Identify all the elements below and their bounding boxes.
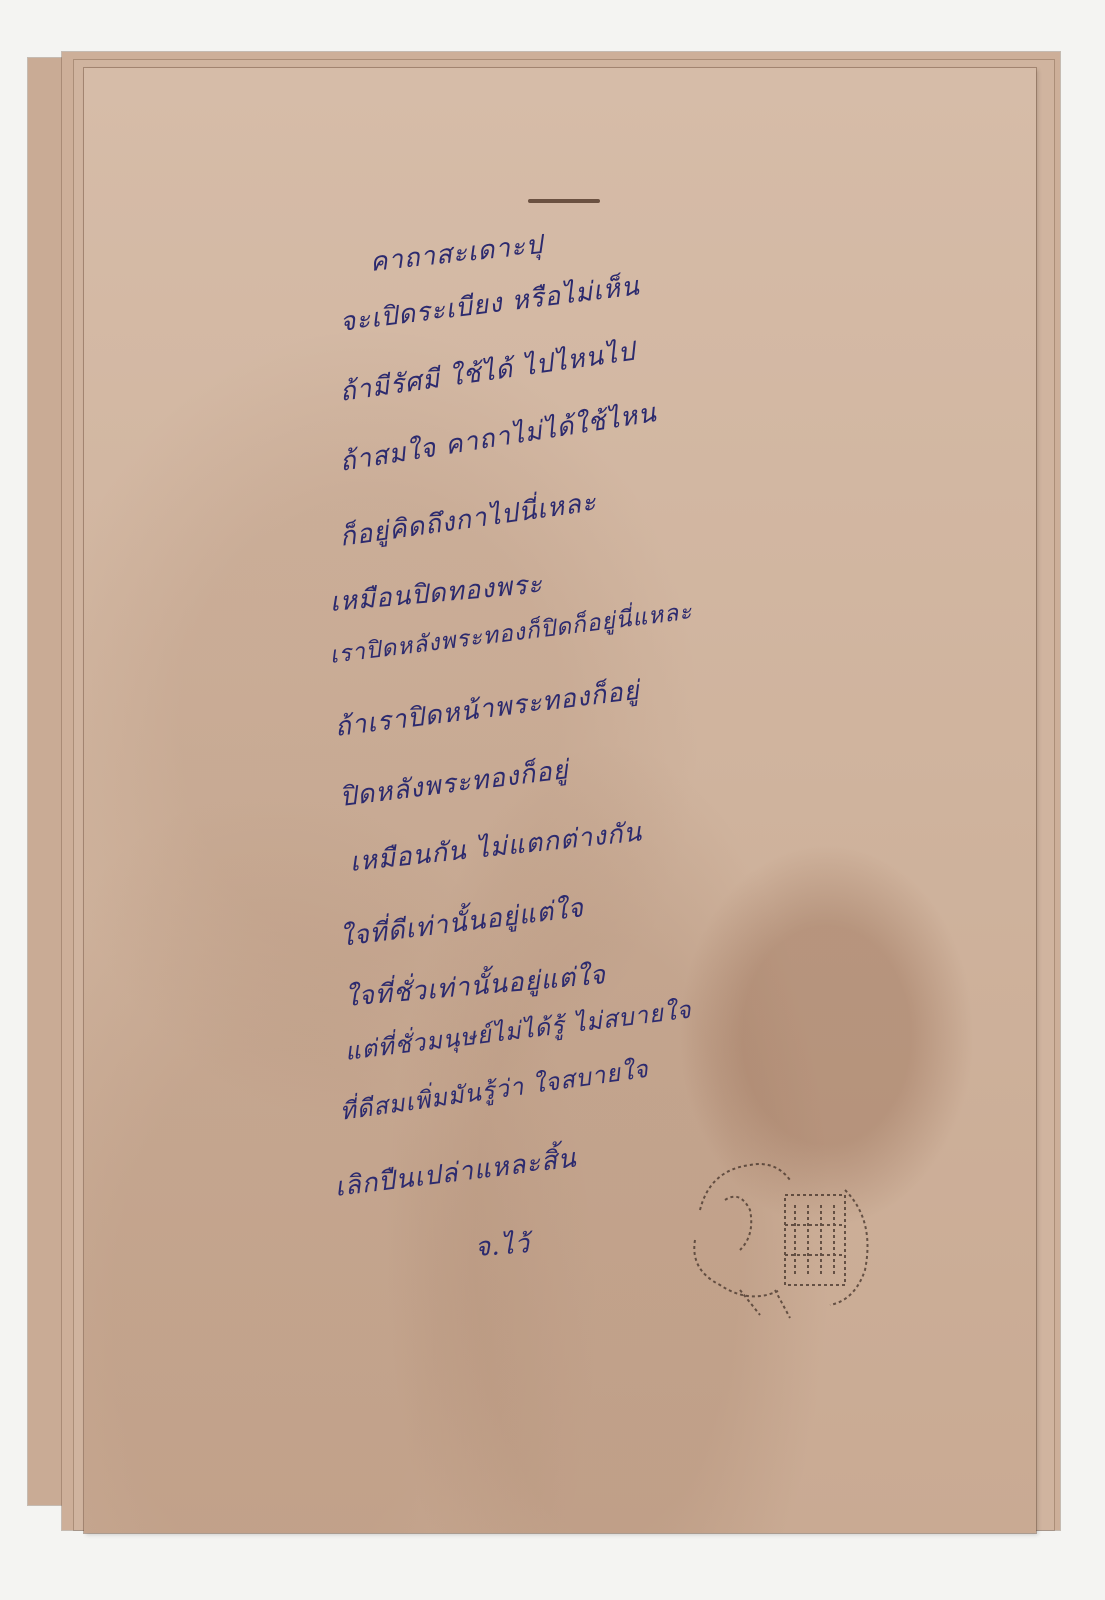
seal-stamp-icon bbox=[680, 1140, 890, 1320]
signature: จ.ไว้ bbox=[474, 1231, 531, 1261]
binding-slot bbox=[528, 199, 600, 203]
